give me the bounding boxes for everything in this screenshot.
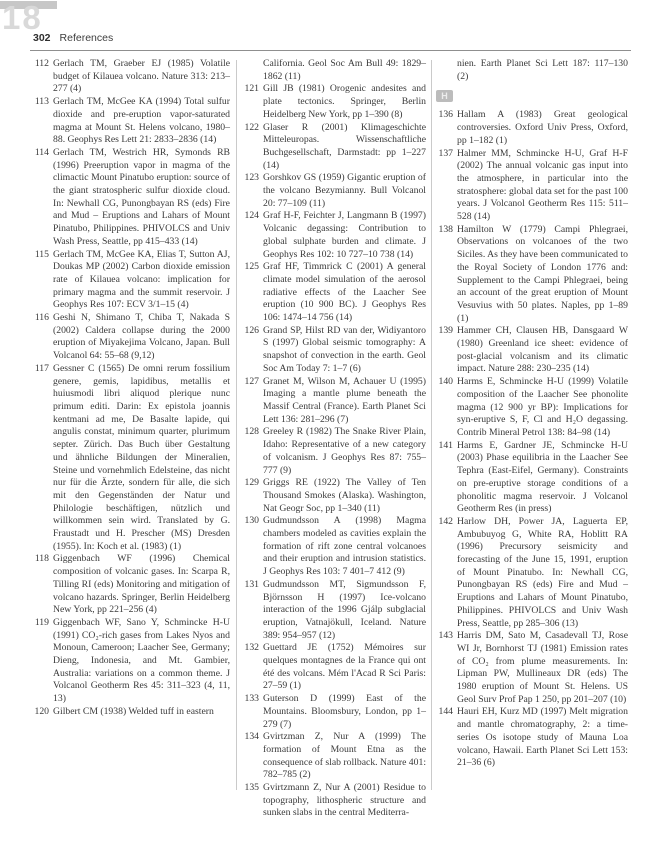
reference-text: Gerlach TM, McGee KA, Elias T, Sutton AJ… [53,249,230,311]
section-letter-badge: H [436,90,453,102]
reference-text: Hauri EH, Kurz MD (1997) Melt migration … [457,706,628,768]
reference-text: Greeley R (1982) The Snake River Plain, … [263,426,426,475]
reference-entry: 130Gudmundsson A (1998) Magma chambers m… [242,515,426,579]
reference-number: 141 [436,440,453,453]
reference-number: 116 [32,312,49,325]
reference-entry: 127Granet M, Wilson M, Achauer U (1995) … [242,376,426,427]
reference-number: 126 [242,325,259,338]
reference-entry: 116Geshi N, Shimano T, Chiba T, Nakada S… [32,312,230,363]
reference-entry: 140Harms E, Schmincke H-U (1999) Volatil… [436,376,628,440]
reference-entry: 124Graf H-F, Feichter J, Langmann B (199… [242,210,426,261]
reference-entry: 137Halmer MM, Schmincke H-U, Graf H-F (2… [436,148,628,224]
reference-number: 124 [242,210,259,223]
reference-entry: 129Griggs RE (1922) The Valley of Ten Th… [242,477,426,515]
reference-number: 132 [242,642,259,655]
reference-continuation: nien. Earth Planet Sci Lett 187: 117–130… [436,58,628,83]
running-head: 302References [33,32,113,44]
reference-number: 128 [242,426,259,439]
reference-text: Giggenbach WF, Sano Y, Schmincke H-U (19… [53,617,230,704]
reference-entry: 138Hamilton W (1779) Campi Phlegraei, Ob… [436,224,628,326]
reference-text: Glaser R (2001) Klimageschichte Mitteleu… [263,122,426,171]
reference-number: 118 [32,553,49,566]
reference-entry: 143Harris DM, Sato M, Casadevall TJ, Ros… [436,630,628,706]
reference-text: Guterson D (1999) East of the Mountains.… [263,693,426,729]
reference-text: Harlow DH, Power JA, Laguerta EP, Ambubu… [457,516,628,629]
reference-number: 137 [436,148,453,161]
reference-entry: 136Hallam A (1983) Great geological cont… [436,109,628,147]
reference-number: 129 [242,477,259,490]
reference-text: California. Geol Soc Am Bull 49: 1829–18… [263,58,426,82]
reference-number: 144 [436,706,453,719]
reference-text: Geshi N, Shimano T, Chiba T, Nakada S (2… [53,312,230,361]
reference-entry: 131Gudmundsson MT, Sigmundsson F, Björns… [242,579,426,643]
reference-number: 143 [436,630,453,643]
reference-number: 131 [242,579,259,592]
page-title: References [60,32,114,44]
reference-entry: 135Gvirtzmann Z, Nur A (2001) Residue to… [242,782,426,820]
reference-number: 112 [32,58,49,71]
reference-entry: 115Gerlach TM, McGee KA, Elias T, Sutton… [32,249,230,313]
reference-number: 133 [242,693,259,706]
reference-number: 122 [242,122,259,135]
references-column-3: nien. Earth Planet Sci Lett 187: 117–130… [436,58,628,770]
reference-entry: 123Gorshkov GS (1959) Gigantic eruption … [242,172,426,210]
reference-entry: 113Gerlach TM, McGee KA (1994) Total sul… [32,96,230,147]
reference-number: 117 [32,363,49,376]
reference-entry: 139Hammer CH, Clausen HB, Dansgaard W (1… [436,325,628,376]
reference-text: nien. Earth Planet Sci Lett 187: 117–130… [457,58,628,82]
reference-number: 140 [436,376,453,389]
reference-entry: 122Glaser R (2001) Klimageschichte Mitte… [242,122,426,173]
reference-entry: 144Hauri EH, Kurz MD (1997) Melt migrati… [436,706,628,770]
reference-number: 121 [242,83,259,96]
reference-number: 125 [242,261,259,274]
reference-entry: 112Gerlach TM, Graeber EJ (1985) Volatil… [32,58,230,96]
reference-text: Gvirtzmann Z, Nur A (2001) Residue to to… [263,782,426,818]
reference-entry: 118Giggenbach WF (1996) Chemical composi… [32,553,230,617]
reference-text: Granet M, Wilson M, Achauer U (1995) Ima… [263,376,426,425]
references-column-2: California. Geol Soc Am Bull 49: 1829–18… [242,58,426,820]
reference-text: Harms E, Schmincke H-U (1999) Volatile c… [457,376,628,438]
reference-number: 138 [436,224,453,237]
reference-number: 123 [242,172,259,185]
reference-text: Hammer CH, Clausen HB, Dansgaard W (1980… [457,325,628,374]
reference-text: Graf H-F, Feichter J, Langmann B (1997) … [263,210,426,259]
reference-entry: 121Gill JB (1981) Orogenic andesites and… [242,83,426,121]
reference-number: 136 [436,109,453,122]
reference-number: 135 [242,782,259,795]
reference-text: Graf HF, Timmrick C (2001) A general cli… [263,261,426,323]
reference-number: 113 [32,96,49,109]
reference-text: Gerlach TM, McGee KA (1994) Total sulfur… [53,96,230,145]
reference-text: Gvirtzman Z, Nur A (1999) The formation … [263,731,426,780]
reference-number: 120 [32,706,49,719]
header-rule [30,50,631,51]
reference-number: 139 [436,325,453,338]
reference-entry: 120Gilbert CM (1938) Welded tuff in east… [32,706,230,719]
reference-number: 130 [242,515,259,528]
reference-text: Guettard JE (1752) Mémoires sur quelques… [263,642,426,691]
reference-entry: 142Harlow DH, Power JA, Laguerta EP, Amb… [436,516,628,630]
chapter-number: 18 [2,3,43,33]
reference-text: Halmer MM, Schmincke H-U, Graf H-F (2002… [457,148,628,223]
reference-entry: 134Gvirtzman Z, Nur A (1999) The formati… [242,731,426,782]
reference-entry: 119Giggenbach WF, Sano Y, Schmincke H-U … [32,617,230,706]
reference-text: Gill JB (1981) Orogenic andesites and pl… [263,83,426,119]
reference-entry: 141Harms E, Gardner JE, Schmincke H-U (2… [436,440,628,516]
reference-number: 134 [242,731,259,744]
reference-text: Grand SP, Hilst RD van der, Widiyantoro … [263,325,426,374]
reference-entry: 132Guettard JE (1752) Mémoires sur quelq… [242,642,426,693]
reference-text: Hamilton W (1779) Campi Phlegraei, Obser… [457,224,628,324]
reference-text: Giggenbach WF (1996) Chemical compositio… [53,553,230,615]
reference-entry: 125Graf HF, Timmrick C (2001) A general … [242,261,426,325]
reference-number: 114 [32,147,49,160]
reference-text: Hallam A (1983) Great geological controv… [457,109,628,145]
reference-text: Gilbert CM (1938) Welded tuff in eastern [53,706,214,717]
book-page: 18 302References 112Gerlach TM, Graeber … [0,0,651,856]
reference-entry: 126Grand SP, Hilst RD van der, Widiyanto… [242,325,426,376]
reference-text: Gerlach TM, Westrich HR, Symonds RB (199… [53,147,230,247]
reference-continuation: California. Geol Soc Am Bull 49: 1829–18… [242,58,426,83]
reference-number: 142 [436,516,453,529]
references-column-1: 112Gerlach TM, Graeber EJ (1985) Volatil… [32,58,230,719]
reference-text: Gessner C (1565) De omni rerum fossilium… [53,363,230,552]
page-number: 302 [33,32,51,44]
reference-text: Gudmundsson MT, Sigmundsson F, Björnsson… [263,579,426,641]
reference-number: 127 [242,376,259,389]
reference-entry: 128Greeley R (1982) The Snake River Plai… [242,426,426,477]
reference-entry: 114Gerlach TM, Westrich HR, Symonds RB (… [32,147,230,249]
reference-number: 115 [32,249,49,262]
reference-text: Gorshkov GS (1959) Gigantic eruption of … [263,172,426,208]
column-divider [431,60,432,790]
reference-entry: 133Guterson D (1999) East of the Mountai… [242,693,426,731]
reference-number: 119 [32,617,49,630]
reference-text: Griggs RE (1922) The Valley of Ten Thous… [263,477,426,513]
reference-text: Gudmundsson A (1998) Magma chambers mode… [263,515,426,577]
reference-text: Gerlach TM, Graeber EJ (1985) Volatile b… [53,58,230,94]
column-divider [236,60,237,790]
reference-text: Harris DM, Sato M, Casadevall TJ, Rose W… [457,630,628,705]
reference-entry: 117Gessner C (1565) De omni rerum fossil… [32,363,230,554]
reference-text: Harms E, Gardner JE, Schmincke H-U (2003… [457,440,628,515]
